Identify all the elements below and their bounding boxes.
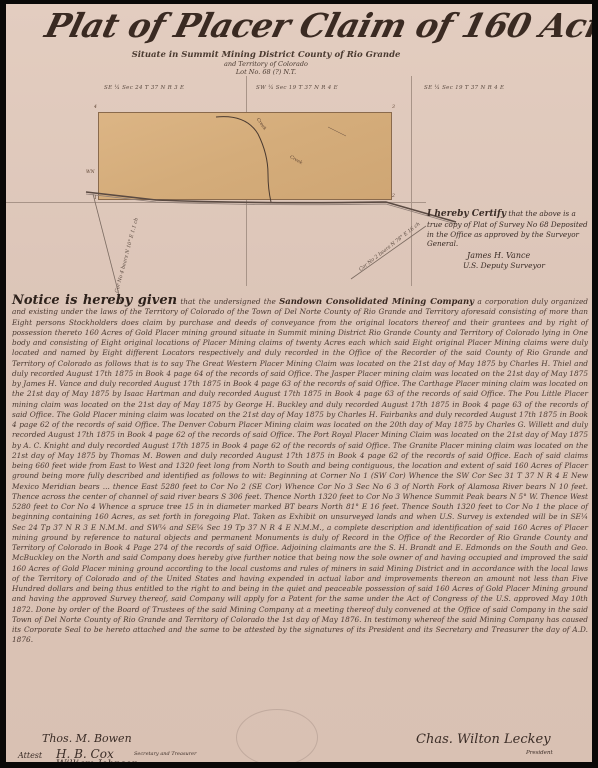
surveyor-certificate: I hereby Certify that the above is a tru… <box>427 209 592 271</box>
president-title: President <box>526 750 553 756</box>
certificate-lead: I hereby Certify <box>427 209 506 219</box>
corporate-seal <box>236 709 318 762</box>
notice-lead: Notice is hereby given <box>12 293 177 308</box>
corner-label-3: 3 <box>392 105 395 110</box>
secretary-signature: Thos. M. Bowen <box>42 732 132 745</box>
president-signature: Chas. Wilton Leckey <box>416 732 551 747</box>
corner-label-1: 1 <box>94 196 97 201</box>
corner-label-4: 4 <box>94 105 97 110</box>
surveyor-signature: James H. Vance <box>467 251 592 261</box>
surveyor-title: U.S. Deputy Surveyor <box>463 261 592 271</box>
notice-text: a corporation duly organized and existin… <box>12 297 588 644</box>
company-name: Sandown Consolidated Mining Company <box>279 297 474 307</box>
notice-body: Notice is hereby given that the undersig… <box>12 296 588 646</box>
side-label-west: WN <box>86 170 95 175</box>
corner-label-2: 2 <box>392 194 395 199</box>
attest-label: Attest <box>18 751 42 760</box>
plat-document: Plat of Placer Claim of 160 Acres Situat… <box>6 4 592 762</box>
attest-title: Secretary and Treasurer <box>134 751 197 757</box>
witness-signature: William Johnson <box>56 759 138 762</box>
notice-intro: that the undersigned the <box>180 297 275 306</box>
